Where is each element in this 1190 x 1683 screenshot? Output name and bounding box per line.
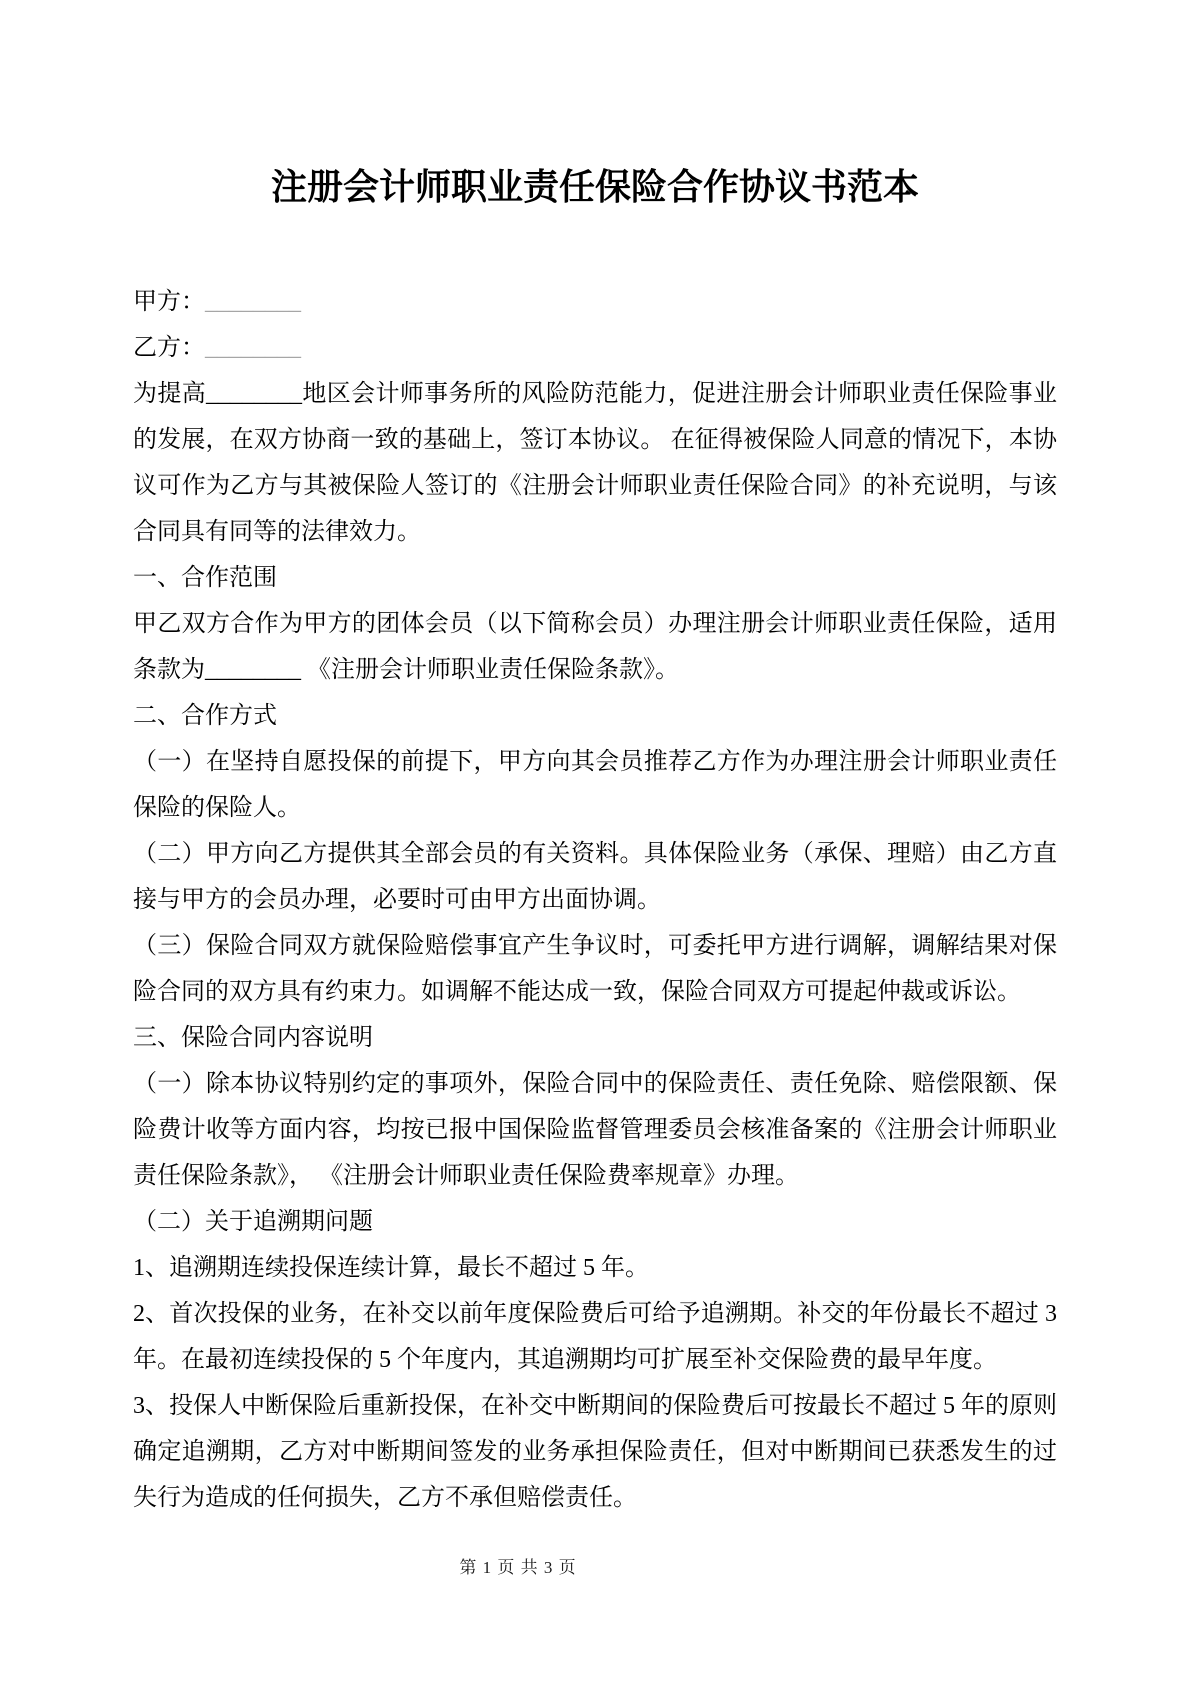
page-number-footer: 第 1 页 共 3 页 <box>0 1556 1036 1580</box>
party-a-line: 甲方：________ <box>133 279 1057 325</box>
document-body: 甲方：________ 乙方：________ 为提高________地区会计师… <box>133 279 1057 1521</box>
party-b-blank: ________ <box>205 335 301 361</box>
clause-2-3: （三）保险合同双方就保险赔偿事宜产生争议时，可委托甲方进行调解，调解结果对保险合… <box>133 923 1057 1015</box>
paragraph-cooperation-scope: 甲乙双方合作为甲方的团体会员（以下简称会员）办理注册会计师职业责任保险，适用条款… <box>133 601 1057 693</box>
clause-retroactive-item-3: 3、投保人中断保险后重新投保，在补交中断期间的保险费后可按最长不超过 5 年的原… <box>133 1383 1057 1521</box>
party-b-label: 乙方： <box>133 335 205 361</box>
document-page: 注册会计师职业责任保险合作协议书范本 甲方：________ 乙方：______… <box>0 0 1190 1683</box>
party-b-line: 乙方：________ <box>133 325 1057 371</box>
clause-retroactive-item-2: 2、首次投保的业务，在补交以前年度保险费后可给予追溯期。补交的年份最长不超过 3… <box>133 1291 1057 1383</box>
party-a-label: 甲方： <box>133 289 205 315</box>
heading-section-2-cooperation-method: 二、合作方式 <box>133 693 1057 739</box>
clause-3-2-retroactive-period-heading: （二）关于追溯期问题 <box>133 1199 1057 1245</box>
heading-section-1-cooperation-scope: 一、合作范围 <box>133 555 1057 601</box>
paragraph-preamble: 为提高________地区会计师事务所的风险防范能力，促进注册会计师职业责任保险… <box>133 371 1057 555</box>
clause-retroactive-item-1: 1、追溯期连续投保连续计算，最长不超过 5 年。 <box>133 1245 1057 1291</box>
clause-2-2: （二）甲方向乙方提供其全部会员的有关资料。具体保险业务（承保、理赔）由乙方直接与… <box>133 831 1057 923</box>
clause-3-1: （一）除本协议特别约定的事项外，保险合同中的保险责任、责任免除、赔偿限额、保险费… <box>133 1061 1057 1199</box>
heading-section-3-insurance-contract: 三、保险合同内容说明 <box>133 1015 1057 1061</box>
party-a-blank: ________ <box>205 289 301 315</box>
clause-2-1: （一）在坚持自愿投保的前提下，甲方向其会员推荐乙方作为办理注册会计师职业责任保险… <box>133 739 1057 831</box>
document-title: 注册会计师职业责任保险合作协议书范本 <box>0 0 1190 210</box>
